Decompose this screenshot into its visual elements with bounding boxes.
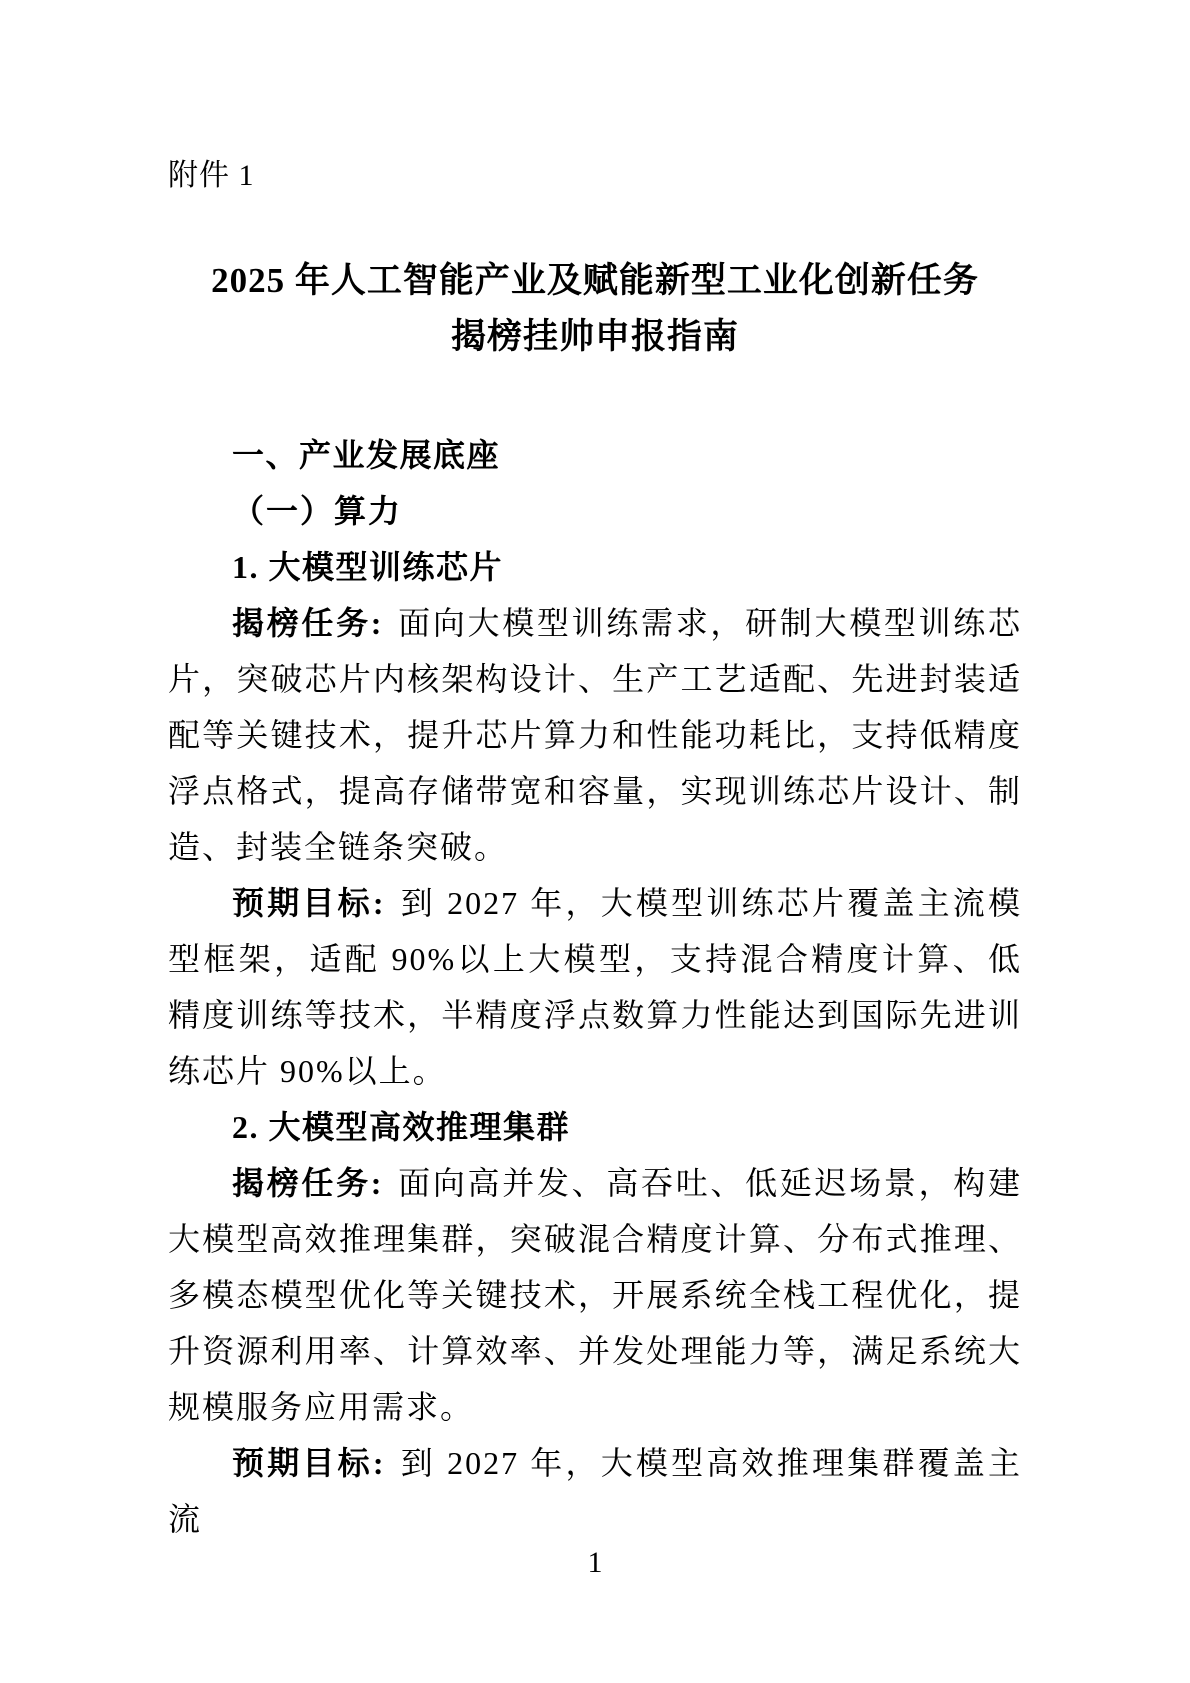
document-content: 附件 1 2025 年人工智能产业及赋能新型工业化创新任务 揭榜挂帅申报指南 一… (0, 0, 1190, 1547)
item2-heading-inference-cluster: 2. 大模型高效推理集群 (168, 1099, 1022, 1155)
section-heading-industry-foundation: 一、产业发展底座 (168, 427, 1022, 483)
item2-goal-paragraph: 预期目标:到 2027 年，大模型高效推理集群覆盖主流 (168, 1435, 1022, 1547)
item2-task-label: 揭榜任务: (232, 1165, 383, 1201)
item2-task-paragraph: 揭榜任务:面向高并发、高吞吐、低延迟场景，构建大模型高效推理集群，突破混合精度计… (168, 1155, 1022, 1435)
attachment-label: 附件 1 (168, 148, 1022, 203)
item1-goal-paragraph: 预期目标:到 2027 年，大模型训练芯片覆盖主流模型框架，适配 90%以上大模… (168, 875, 1022, 1099)
document-title-line1: 2025 年人工智能产业及赋能新型工业化创新任务 (168, 253, 1022, 309)
item1-heading-training-chip: 1. 大模型训练芯片 (168, 539, 1022, 595)
item2-task-text: 面向高并发、高吞吐、低延迟场景，构建大模型高效推理集群，突破混合精度计算、分布式… (168, 1165, 1022, 1425)
item1-task-text: 面向大模型训练需求，研制大模型训练芯片，突破芯片内核架构设计、生产工艺适配、先进… (168, 605, 1022, 865)
item1-task-paragraph: 揭榜任务:面向大模型训练需求，研制大模型训练芯片，突破芯片内核架构设计、生产工艺… (168, 595, 1022, 875)
subsection-heading-computing-power: （一）算力 (168, 483, 1022, 539)
item1-goal-label: 预期目标: (232, 885, 385, 921)
document-page: 附件 1 2025 年人工智能产业及赋能新型工业化创新任务 揭榜挂帅申报指南 一… (0, 0, 1190, 1683)
document-title: 2025 年人工智能产业及赋能新型工业化创新任务 揭榜挂帅申报指南 (168, 253, 1022, 365)
document-title-line2: 揭榜挂帅申报指南 (168, 309, 1022, 365)
page-number: 1 (0, 1535, 1190, 1591)
item1-task-label: 揭榜任务: (232, 605, 383, 641)
item2-goal-label: 预期目标: (232, 1445, 385, 1481)
